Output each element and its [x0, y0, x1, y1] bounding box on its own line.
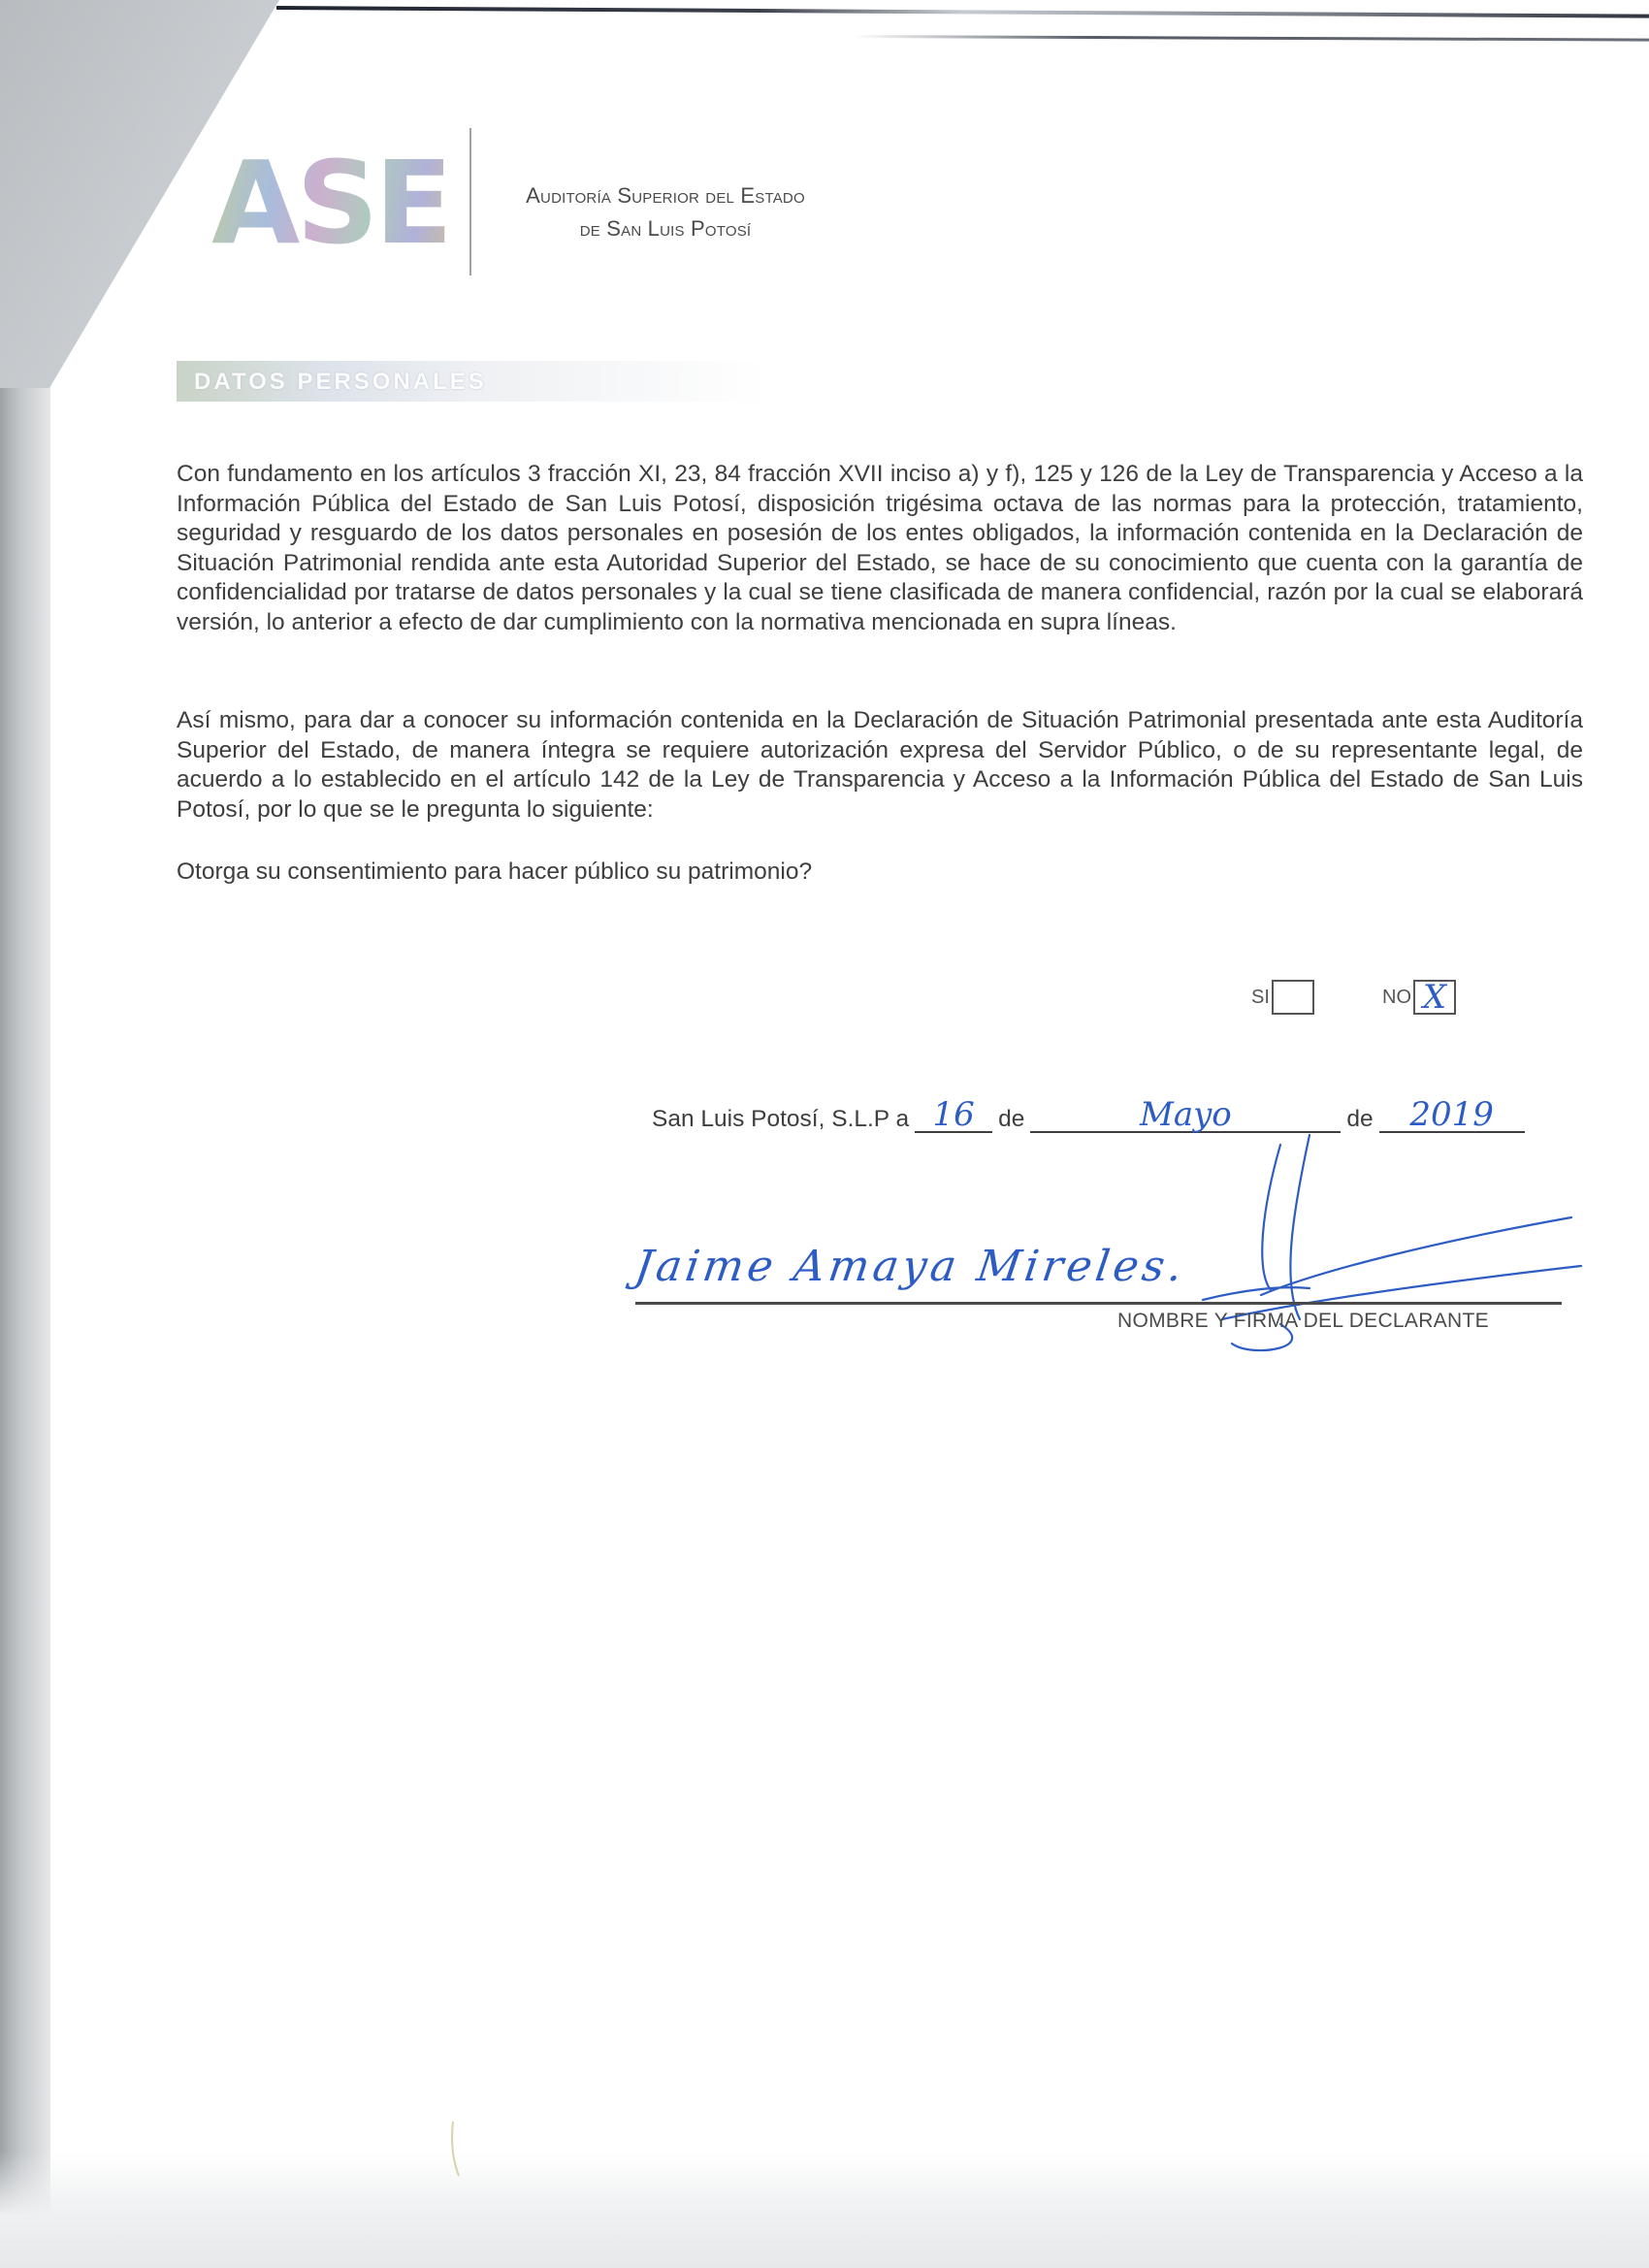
- date-prefix: San Luis Potosí, S.L.P a: [652, 1106, 909, 1133]
- institution-line-2: de San Luis Potosí: [510, 212, 821, 245]
- consent-yes-option[interactable]: SI: [1251, 980, 1314, 1015]
- consent-yes-checkbox[interactable]: [1272, 980, 1314, 1015]
- handwritten-name: Jaime Amaya Mireles.: [631, 1242, 1189, 1291]
- date-day-field[interactable]: 16: [915, 1098, 992, 1133]
- institution-line-1: Auditoría Superior del Estado: [510, 179, 821, 212]
- stray-mark: [449, 2120, 461, 2178]
- signature-caption: NOMBRE Y FIRMA DEL DECLARANTE: [1117, 1310, 1489, 1333]
- consent-yes-label: SI: [1251, 987, 1270, 1009]
- date-de-1: de: [998, 1106, 1024, 1133]
- logo-divider: [469, 128, 471, 275]
- consent-question: Otorga su consentimiento para hacer públ…: [177, 859, 812, 886]
- consent-no-label: NO: [1382, 987, 1411, 1009]
- page-top-edge-secondary: [854, 35, 1649, 42]
- scanner-shadow-bottom: [0, 2152, 1649, 2268]
- institution-name: Auditoría Superior del Estado de San Lui…: [510, 179, 821, 245]
- section-banner: DATOS PERSONALES: [177, 361, 914, 402]
- ase-logo: ASE: [211, 146, 449, 260]
- signature-line: [635, 1302, 1562, 1305]
- paragraph-legal-basis: Con fundamento en los artículos 3 fracci…: [177, 460, 1583, 637]
- page-top-edge: [276, 6, 1649, 18]
- section-banner-text: DATOS PERSONALES: [177, 361, 914, 402]
- consent-no-option[interactable]: NO X: [1382, 980, 1456, 1015]
- consent-no-checkbox[interactable]: X: [1413, 980, 1456, 1015]
- paragraph-authorization: Así mismo, para dar a conocer su informa…: [177, 706, 1583, 825]
